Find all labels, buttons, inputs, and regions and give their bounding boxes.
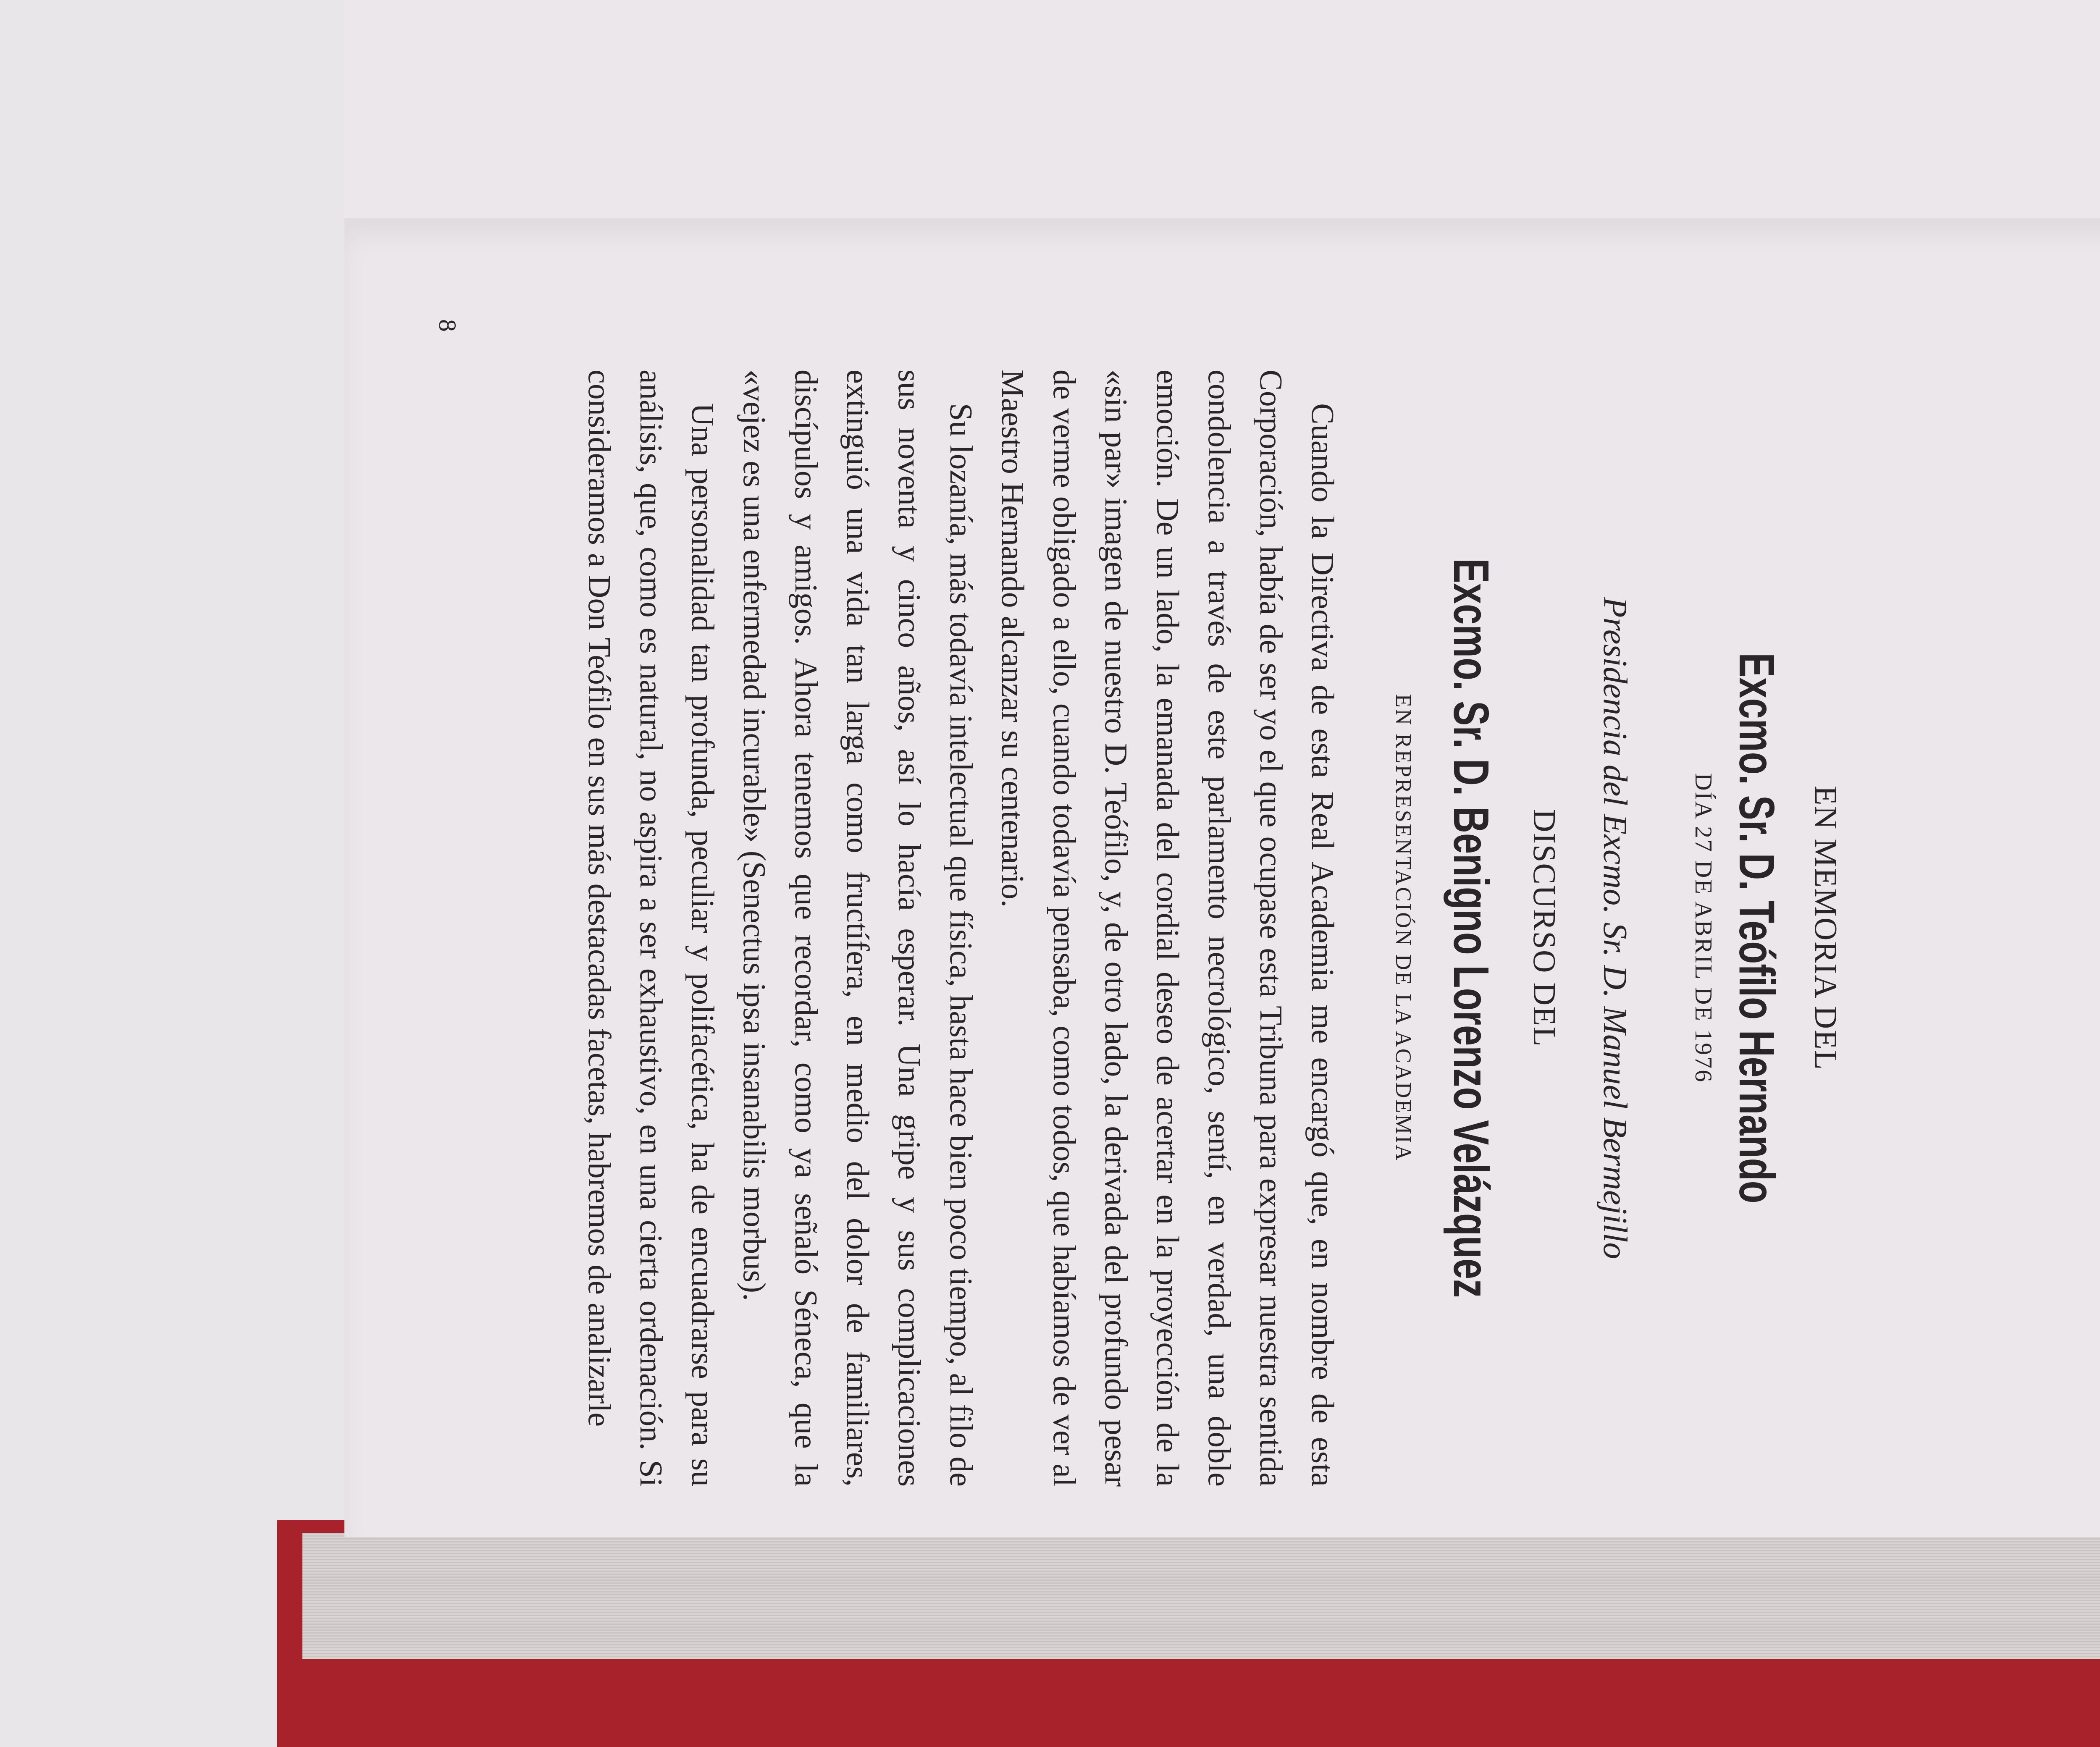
paragraph: Cuando la Directiva de esta Real Academi… <box>987 370 1348 1487</box>
facing-page <box>344 0 2100 218</box>
heading-en-memoria: EN MEMORIA DEL <box>1807 319 1844 1537</box>
paragraph: Una personalidad tan profunda, peculiar … <box>573 370 728 1487</box>
date-line: DÍA 27 DE ABRIL DE 1976 <box>1690 319 1718 1537</box>
paragraph: Su lozanía, más todavía intelectual que … <box>728 370 987 1487</box>
page-number: 8 <box>433 319 462 332</box>
body-text: Cuando la Directiva de esta Real Academi… <box>573 370 1348 1487</box>
representation-line: EN REPRESENTACIÓN DE LA ACADEMIA <box>1391 319 1415 1537</box>
presidency-line: Presidencia del Excmo. Sr. D. Manuel Ber… <box>1596 319 1634 1537</box>
heading-honoree-name: Excmo. Sr. D. Teófilo Hernando <box>1728 472 1785 1385</box>
page-text-rotated: EN MEMORIA DEL Excmo. Sr. D. Teófilo Her… <box>391 319 1844 1537</box>
discurso-heading: DISCURSO DEL <box>1526 319 1562 1537</box>
speaker-name: Excmo. Sr. D. Benigno Lorenzo Velázquez <box>1442 472 1499 1385</box>
page-edges <box>302 1533 2100 1659</box>
